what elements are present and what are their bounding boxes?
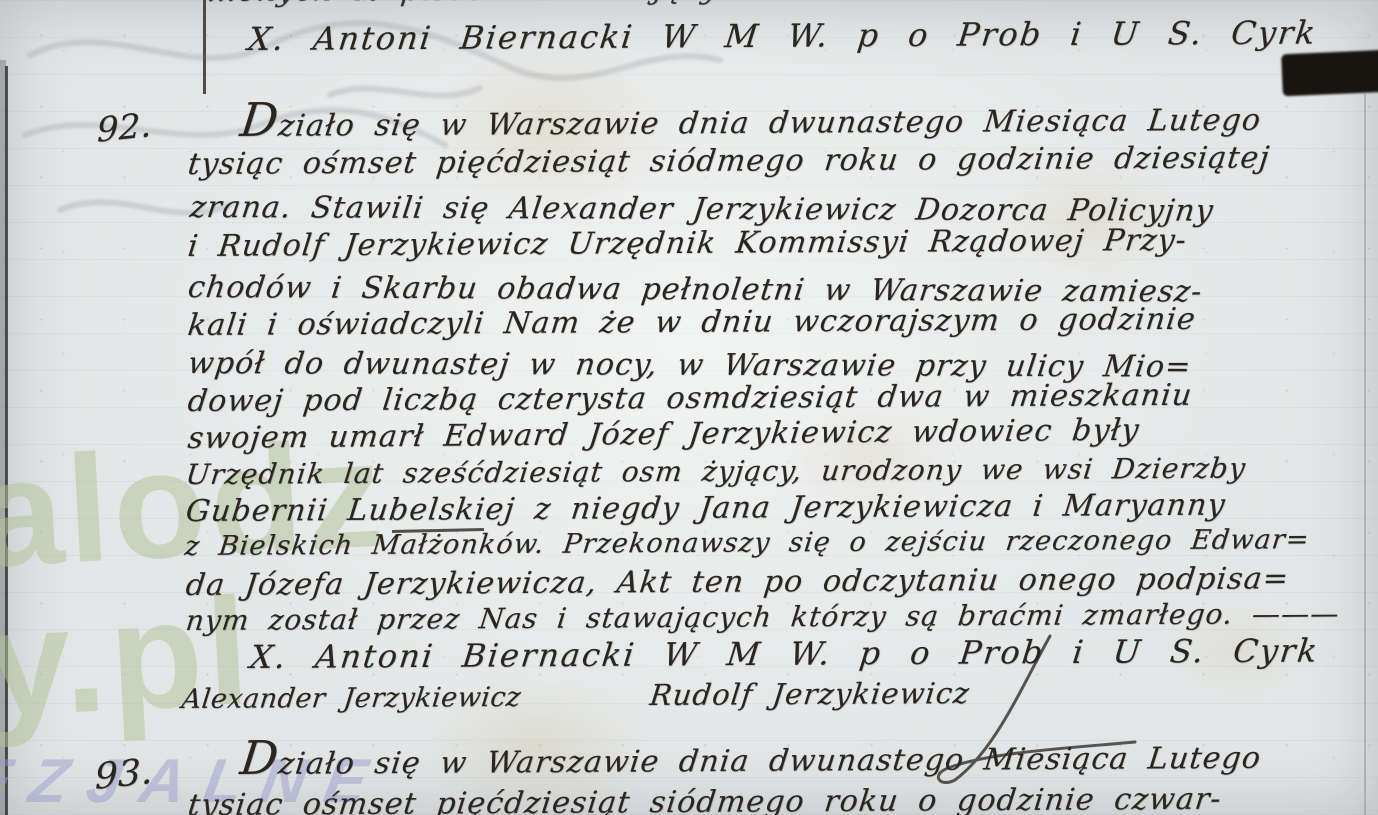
right-margin-rule bbox=[1364, 94, 1366, 815]
record-92-line: Działo się w Warszawie dnia dwunastego M… bbox=[238, 97, 1264, 144]
record-93-line: Działo się w Warszawie dnia dwunastego M… bbox=[238, 735, 1264, 782]
registry-scan-page: alodzy.pl EZJALNE …onych iż pisać nie um… bbox=[0, 0, 1378, 815]
record-92-line: Gubernii Lubelskiej z niegdy Jana Jerzyk… bbox=[184, 488, 1228, 529]
record-92-line: tysiąc ośmset pięćdziesiąt siódmego roku… bbox=[186, 140, 1272, 182]
record-92-line: da Józefa Jerzykiewicza, Akt ten po odcz… bbox=[184, 561, 1291, 603]
record-92-number: 92. bbox=[97, 105, 151, 150]
top-right-dark-binding-mark bbox=[1281, 50, 1378, 97]
record-92-line: swojem umarł Edward Józef Jerzykiewicz w… bbox=[186, 413, 1142, 456]
record-92-line: nym został przez Nas i stawających którz… bbox=[184, 597, 1342, 637]
previous-record-signature: X. Antoni Biernacki W M W. p o Prob i U … bbox=[246, 13, 1319, 58]
record-92-witness-signature-left: Alexander Jerzykiewicz bbox=[180, 682, 523, 715]
record-92-line: Urzędnik lat sześćdziesiąt osm żyjący, u… bbox=[184, 452, 1248, 491]
record-92-line: i Rudolf Jerzykiewicz Urzędnik Kommissyi… bbox=[186, 223, 1189, 264]
record-92-line: z Bielskich Małżonków. Przekonawszy się … bbox=[183, 524, 1311, 562]
record-93-line: tysiąc ośmset pięćdziesiąt siódmego roku… bbox=[186, 782, 1224, 815]
record-92-officiant-signature: X. Antoni Biernacki W M W. p o Prob i U … bbox=[248, 631, 1321, 676]
record-93-number: 93. bbox=[95, 751, 153, 798]
record-92-line: kali i oświadczyli Nam że w dniu wczoraj… bbox=[186, 302, 1198, 343]
